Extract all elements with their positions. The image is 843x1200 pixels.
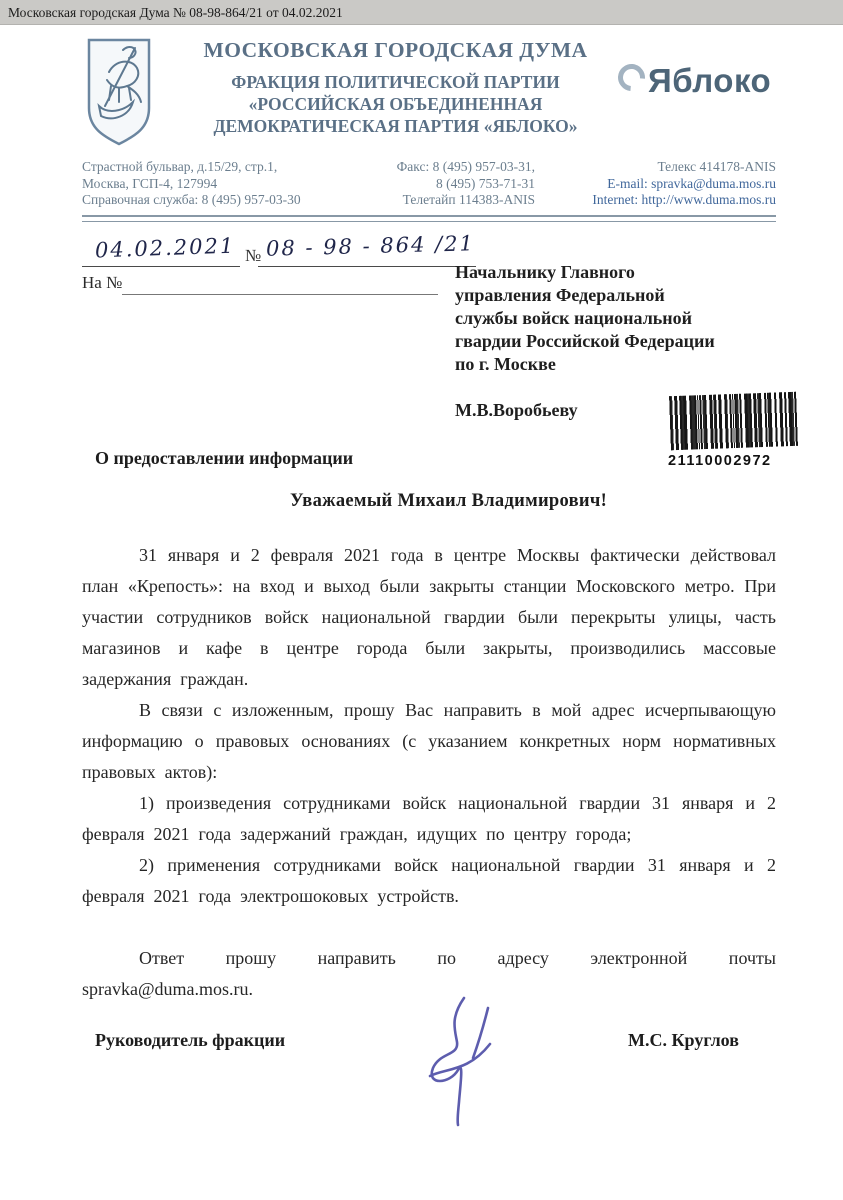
body-item-2: 2) применения сотрудниками войск национа… [82, 850, 776, 912]
body-paragraph-2: В связи с изложенным, прошу Вас направит… [82, 695, 776, 788]
address-line: Справочная служба: 8 (495) 957-03-30 [82, 192, 352, 209]
internet-line: Internet: http://www.duma.mos.ru [540, 192, 776, 209]
addressee-name: М.В.Воробьеву [455, 400, 578, 421]
addressee-block: Начальнику Главного управления Федеральн… [455, 261, 785, 376]
letterhead: МОСКОВСКАЯ ГОРОДСКАЯ ДУМА ФРАКЦИЯ ПОЛИТИ… [158, 38, 633, 137]
barcode-number: 21110002972 [668, 453, 772, 469]
addressee-line: по г. Москве [455, 353, 785, 376]
yabloko-logo: Яблоко [618, 62, 788, 112]
yabloko-logo-text: Яблоко [648, 62, 771, 100]
address-line: Страстной бульвар, д.15/29, стр.1, [82, 159, 352, 176]
teletype-line: Телетайп 114383-ANIS [345, 192, 535, 209]
addressee-line: Начальнику Главного [455, 261, 785, 284]
address-line: Москва, ГСП-4, 127994 [82, 176, 352, 193]
answer-line-1: Ответ прошу направить по адресу электрон… [82, 943, 776, 974]
document-titlebar: Московская городская Дума № 08-98-864/21… [0, 0, 843, 25]
moscow-coat-of-arms-icon [85, 36, 153, 148]
number-underline [258, 240, 476, 267]
letterhead-divider-bottom [82, 221, 776, 222]
letter-body: 31 января и 2 февраля 2021 года в центре… [82, 540, 776, 1005]
email-line: E-mail: spravka@duma.mos.ru [540, 176, 776, 193]
reply-underline [122, 268, 438, 295]
addressee-line: службы войск национальной [455, 307, 785, 330]
barcode-image [669, 392, 799, 450]
date-underline [82, 240, 240, 267]
telex-line: Телекс 414178-ANIS [540, 159, 776, 176]
addressee-line: гвардии Российской Федерации [455, 330, 785, 353]
fax-line: 8 (495) 753-71-31 [345, 176, 535, 193]
contact-fax-block: Факс: 8 (495) 957-03-31, 8 (495) 753-71-… [345, 159, 535, 209]
letterhead-divider-top [82, 215, 776, 217]
handwritten-signature [400, 992, 510, 1127]
contact-address-block: Страстной бульвар, д.15/29, стр.1, Москв… [82, 159, 352, 209]
subject-line: О предоставлении информации [95, 448, 353, 469]
salutation: Уважаемый Михаил Владимирович! [102, 491, 795, 512]
document-page: Московская городская Дума № 08-98-864/21… [0, 0, 843, 1200]
signer-name: М.С. Круглов [628, 1030, 739, 1051]
contact-online-block: Телекс 414178-ANIS E-mail: spravka@duma.… [540, 159, 776, 209]
body-item-1: 1) произведения сотрудниками войск нацио… [82, 788, 776, 850]
fraction-title-line2: «РОССИЙСКАЯ ОБЪЕДИНЕННАЯ [158, 93, 633, 115]
org-title: МОСКОВСКАЯ ГОРОДСКАЯ ДУМА [158, 38, 633, 63]
body-paragraph-1: 31 января и 2 февраля 2021 года в центре… [82, 540, 776, 695]
reply-to-label: На № [82, 273, 122, 293]
fraction-title-line1: ФРАКЦИЯ ПОЛИТИЧЕСКОЙ ПАРТИИ [158, 71, 633, 93]
fax-line: Факс: 8 (495) 957-03-31, [345, 159, 535, 176]
addressee-line: управления Федеральной [455, 284, 785, 307]
fraction-title-line3: ДЕМОКРАТИЧЕСКАЯ ПАРТИЯ «ЯБЛОКО» [158, 115, 633, 137]
yabloko-apple-ring-icon [612, 58, 650, 96]
signer-position: Руководитель фракции [95, 1030, 285, 1051]
